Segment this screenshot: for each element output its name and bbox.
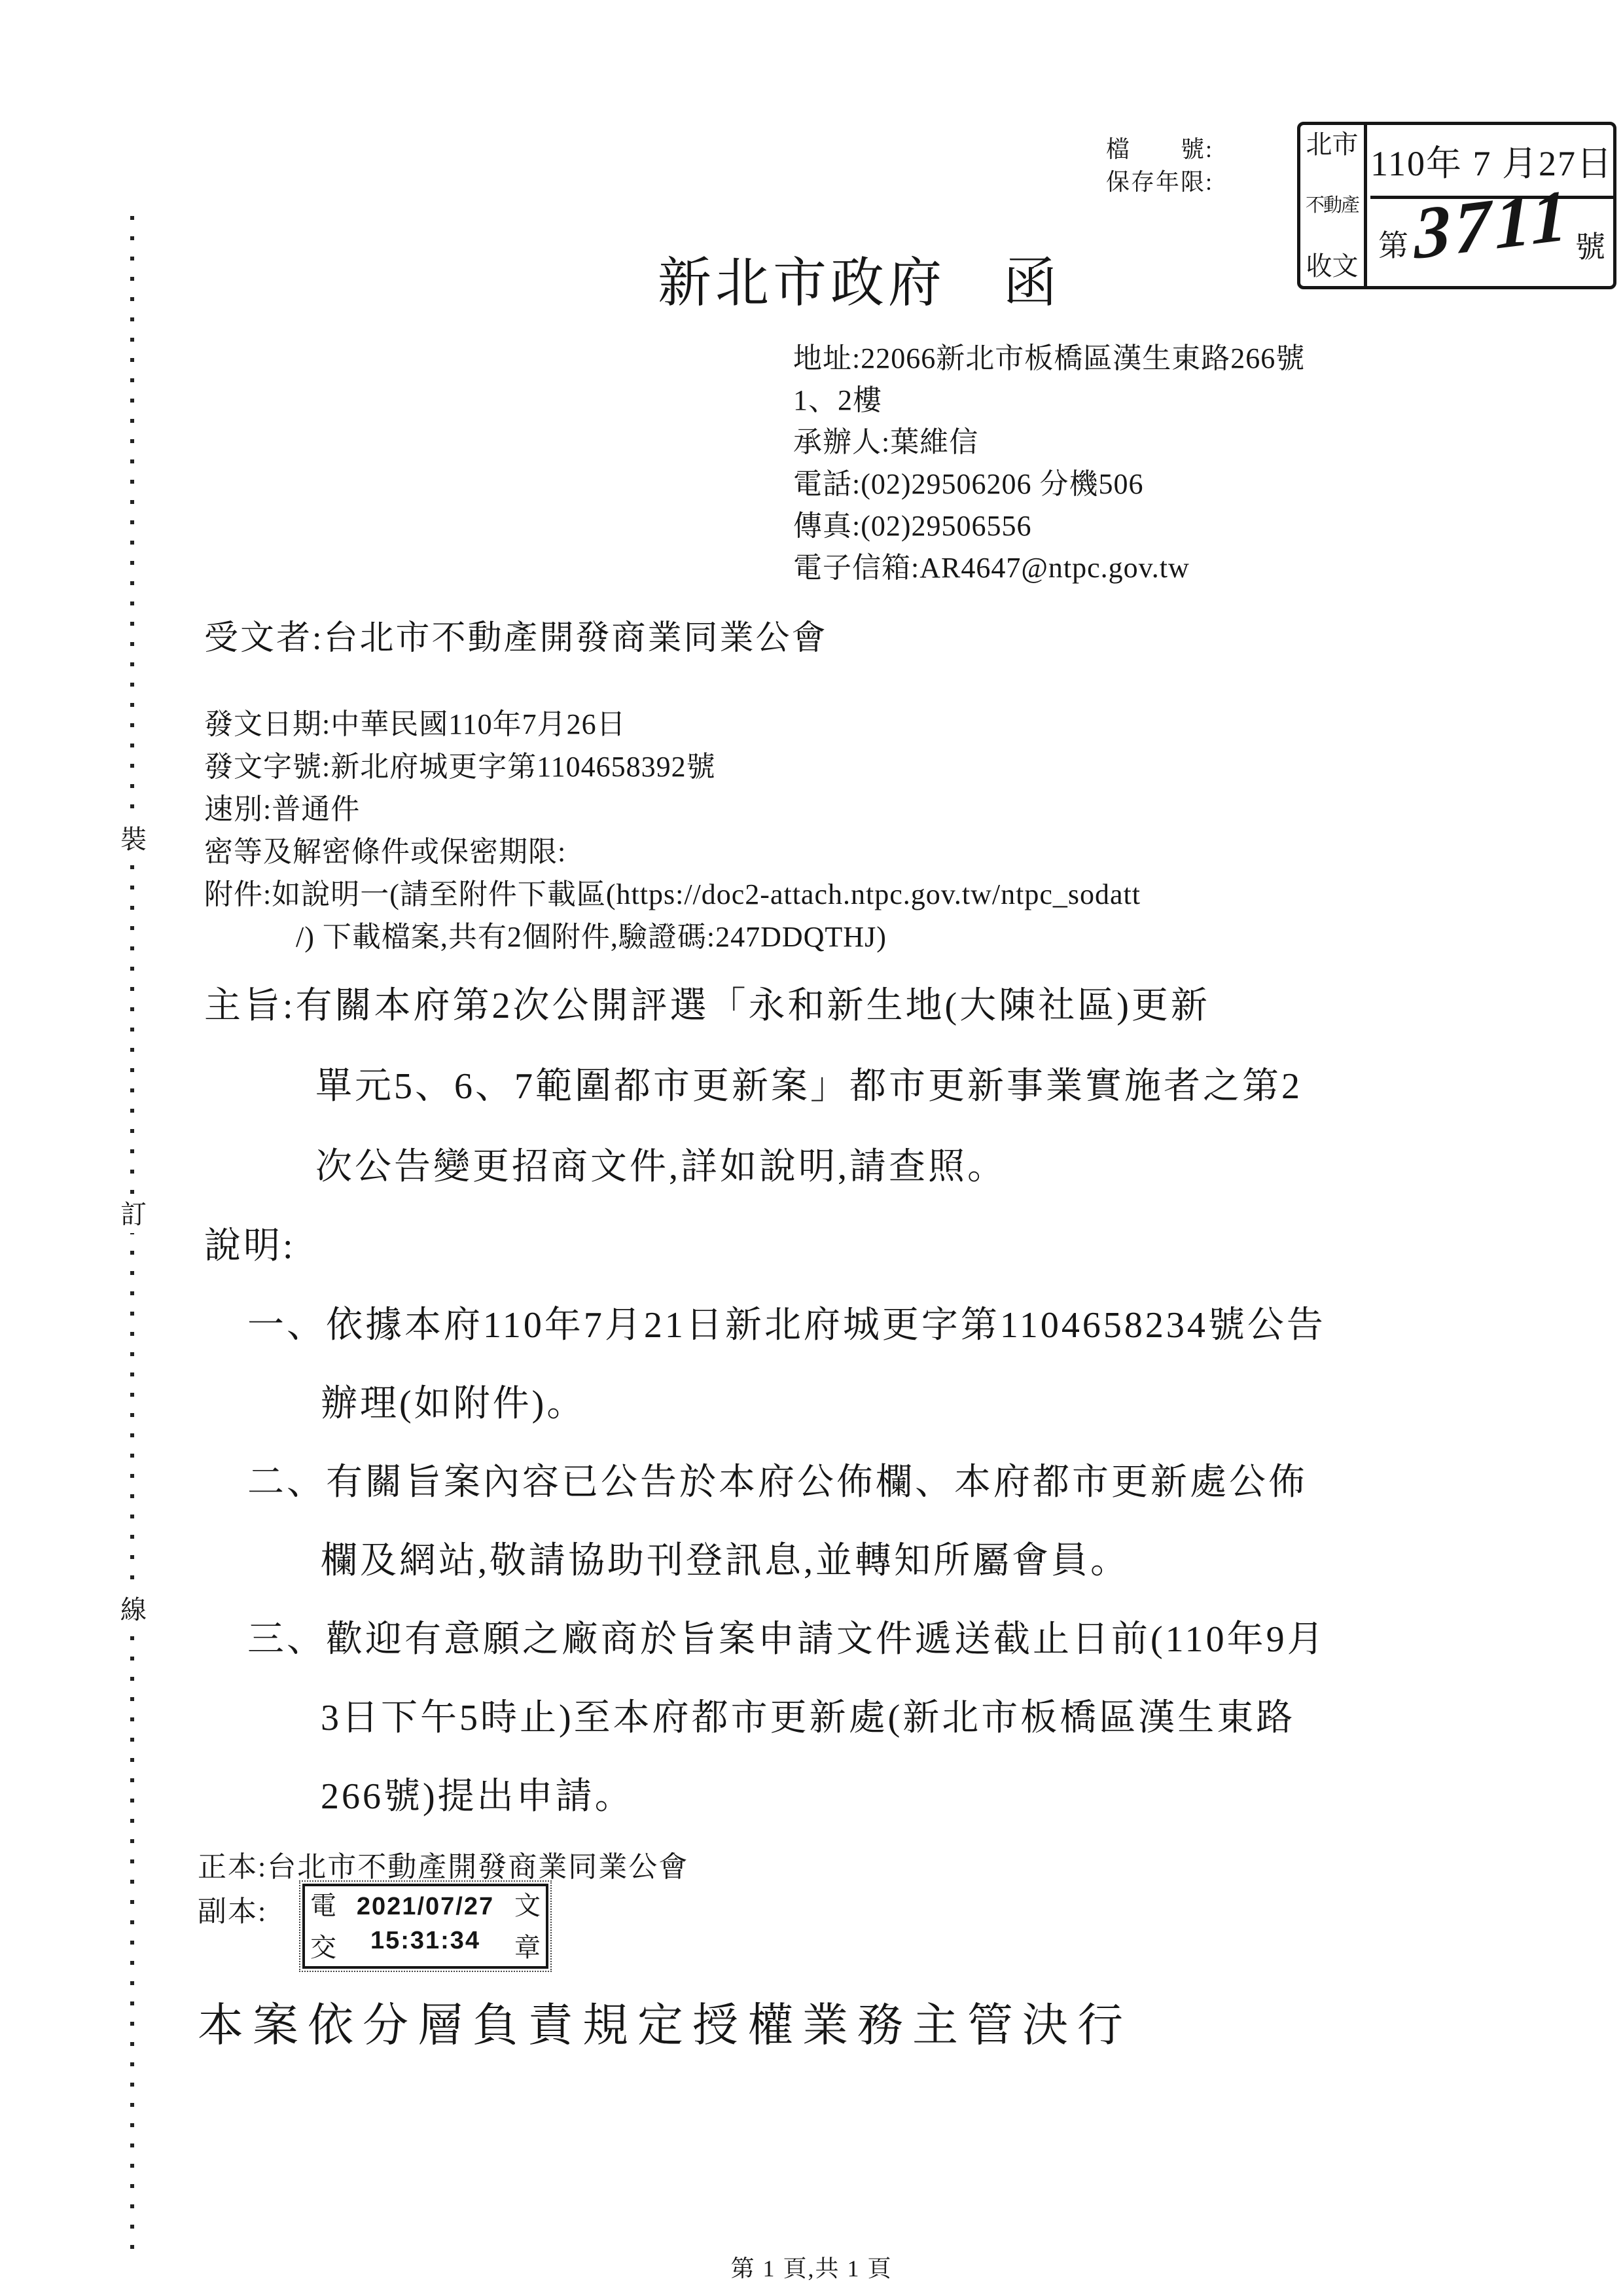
exchange-stamp-char-zhang: 章 [514,1935,541,1961]
file-number-label: 檔 號: [1106,136,1213,163]
receipt-org-line1: 北市 [1306,132,1359,158]
contact-person: 承辦人:葉維信 [793,426,978,459]
contact-address-line1: 地址:22066新北市板橋區漢生東路266號 [793,342,1305,376]
description-item2-line2: 欄及網站,敬請協助刊登訊息,並轉知所屬會員。 [321,1540,1130,1582]
description-item1-line2: 辦理(如附件)。 [321,1383,586,1425]
receipt-stamp: 北市 不動產 收文 110年 7 月27日 第 3711 號 [1297,122,1616,289]
binding-char-xian: 線 [115,1592,152,1628]
electronic-exchange-stamp: 電 文 交 章 2021/07/27 15:31:34 [302,1884,548,1969]
receipt-org-line3: 收文 [1306,253,1359,279]
receipt-stamp-org-column: 北市 不動產 收文 [1300,125,1367,286]
original-copy-line: 正本:台北市不動產開發商業同業公會 [198,1851,688,1884]
description-item3-line1: 三、歡迎有意願之廠商於旨案申請文件遞送截止日前(110年9月 [247,1619,1327,1660]
subject-line2: 單元5、6、7範圍都市更新案」都市更新事業實施者之第2 [315,1066,1302,1107]
exchange-stamp-date: 2021/07/27 [357,1894,494,1919]
description-item3-line3: 266號)提出申請。 [321,1776,634,1818]
description-item3-line2: 3日下午5時止)至本府都市更新處(新北市板橋區漢生東路 [321,1697,1295,1739]
cc-copy-label: 副本: [198,1895,267,1929]
binding-char-zhuang: 裝 [115,821,152,858]
recipient-line: 受文者:台北市不動產開發商業同業公會 [204,619,827,658]
document-title: 新北市政府 函 [658,253,1061,314]
binding-dotted-line [130,216,134,2263]
classification-line: 密等及解密條件或保密期限: [204,836,566,869]
receipt-number-prefix: 第 [1378,222,1408,265]
exchange-stamp-time: 15:31:34 [370,1928,480,1953]
contact-fax: 傳真:(02)29506556 [793,510,1032,543]
contact-email: 電子信箱:AR4647@ntpc.gov.tw [793,552,1190,585]
description-item2-line1: 二、有關旨案內容已公告於本府公佈欄、本府都市更新處公佈 [247,1462,1308,1503]
contact-phone: 電話:(02)29506206 分機506 [793,468,1144,501]
issue-date-line: 發文日期:中華民國110年7月26日 [204,708,626,742]
page-number-footer: 第 1 頁,共 1 頁 [0,2250,1623,2284]
exchange-stamp-char-wen: 文 [514,1893,541,1919]
receipt-org-line2: 不動產 [1306,196,1359,215]
exchange-stamp-char-jiao: 交 [310,1935,336,1961]
retention-period-label: 保存年限: [1106,169,1213,196]
priority-line: 速別:普通件 [204,793,360,827]
description-heading: 說明: [204,1225,296,1267]
doc-number-line: 發文字號:新北府城更字第1104658392號 [204,751,716,784]
subject-line1: 主旨:有關本府第2次公開評選「永和新生地(大陳社區)更新 [204,985,1210,1027]
scanned-letter-page: 裝 訂 線 檔 號: 保存年限: 北市 不動產 收文 110年 7 月27日 第… [0,0,1623,2296]
subject-line3: 次公告變更招商文件,詳如說明,請查照。 [315,1146,1007,1188]
receipt-number-suffix: 號 [1575,223,1605,266]
delegation-note: 本案依分層負責規定授權業務主管決行 [198,2000,1132,2053]
contact-address-line2: 1、2樓 [793,384,882,418]
exchange-stamp-char-dian: 電 [310,1893,336,1919]
receipt-stamp-number-row: 第 3711 號 [1370,202,1613,286]
description-item1-line1: 一、依據本府110年7月21日新北府城更字第1104658234號公告 [247,1304,1326,1346]
receipt-number-handwritten: 3711 [1414,178,1572,271]
attachment-line2: /) 下載檔案,共有2個附件,驗證碼:247DDQTHJ) [296,921,887,954]
binding-char-ding: 訂 [115,1196,152,1233]
attachment-line1: 附件:如說明一(請至附件下載區(https://doc2-attach.ntpc… [204,878,1141,912]
